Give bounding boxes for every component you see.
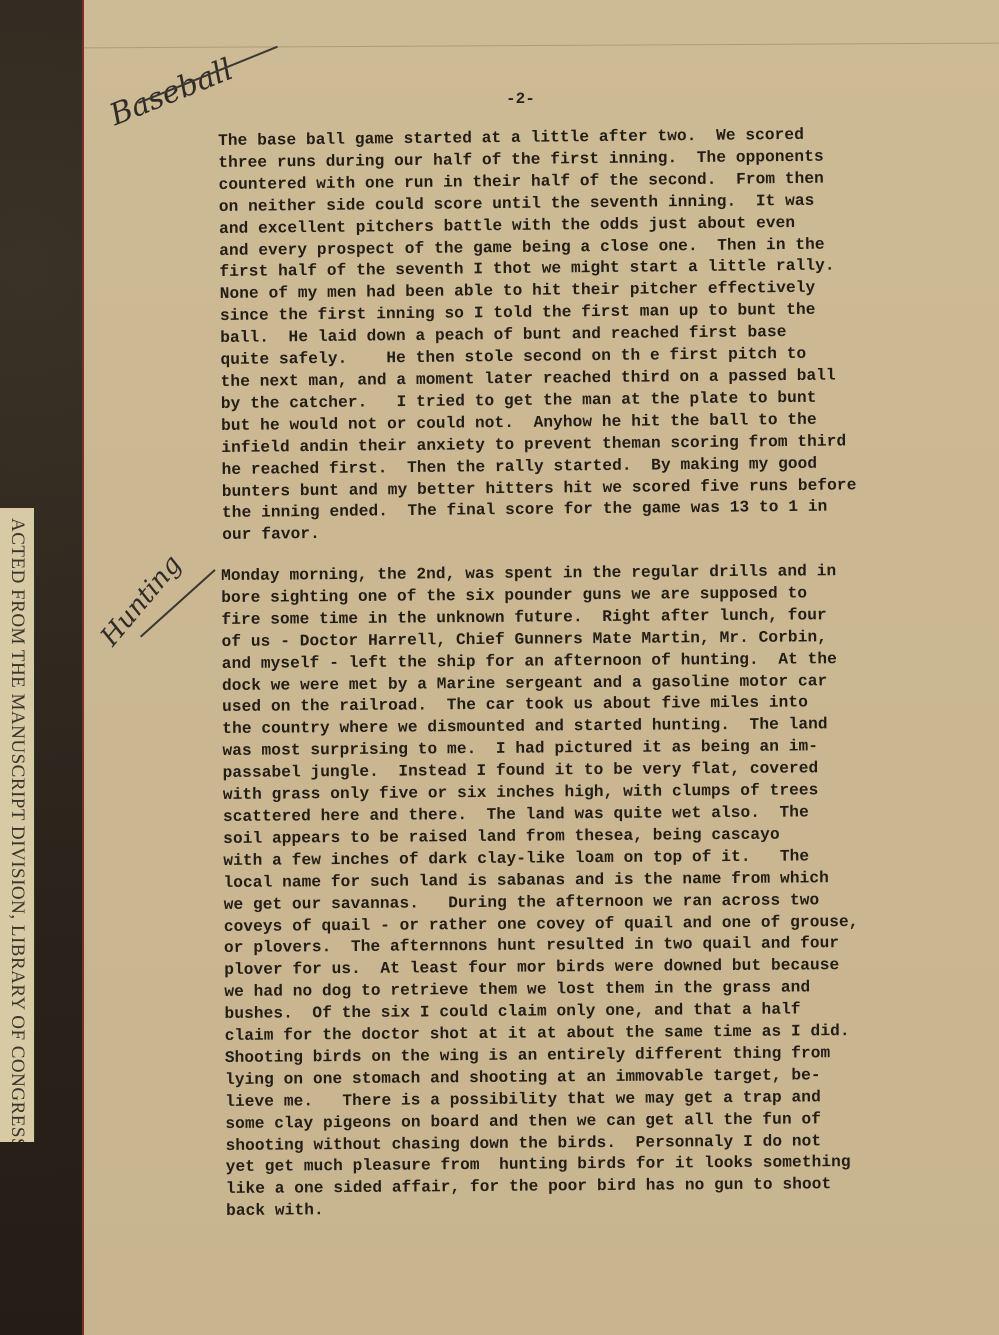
archive-stamp-strip: ACTED FROM THE MANUSCRIPT DIVISION, LIBR… (0, 508, 35, 1142)
page-number: -2- (506, 90, 535, 108)
archive-stamp-text: ACTED FROM THE MANUSCRIPT DIVISION, LIBR… (6, 518, 28, 1142)
paper-fold-line (82, 43, 999, 49)
paragraph-baseball: The base ball game started at a little a… (218, 124, 857, 547)
paragraph-hunting: Monday morning, the 2nd, was spent in th… (221, 561, 861, 1223)
